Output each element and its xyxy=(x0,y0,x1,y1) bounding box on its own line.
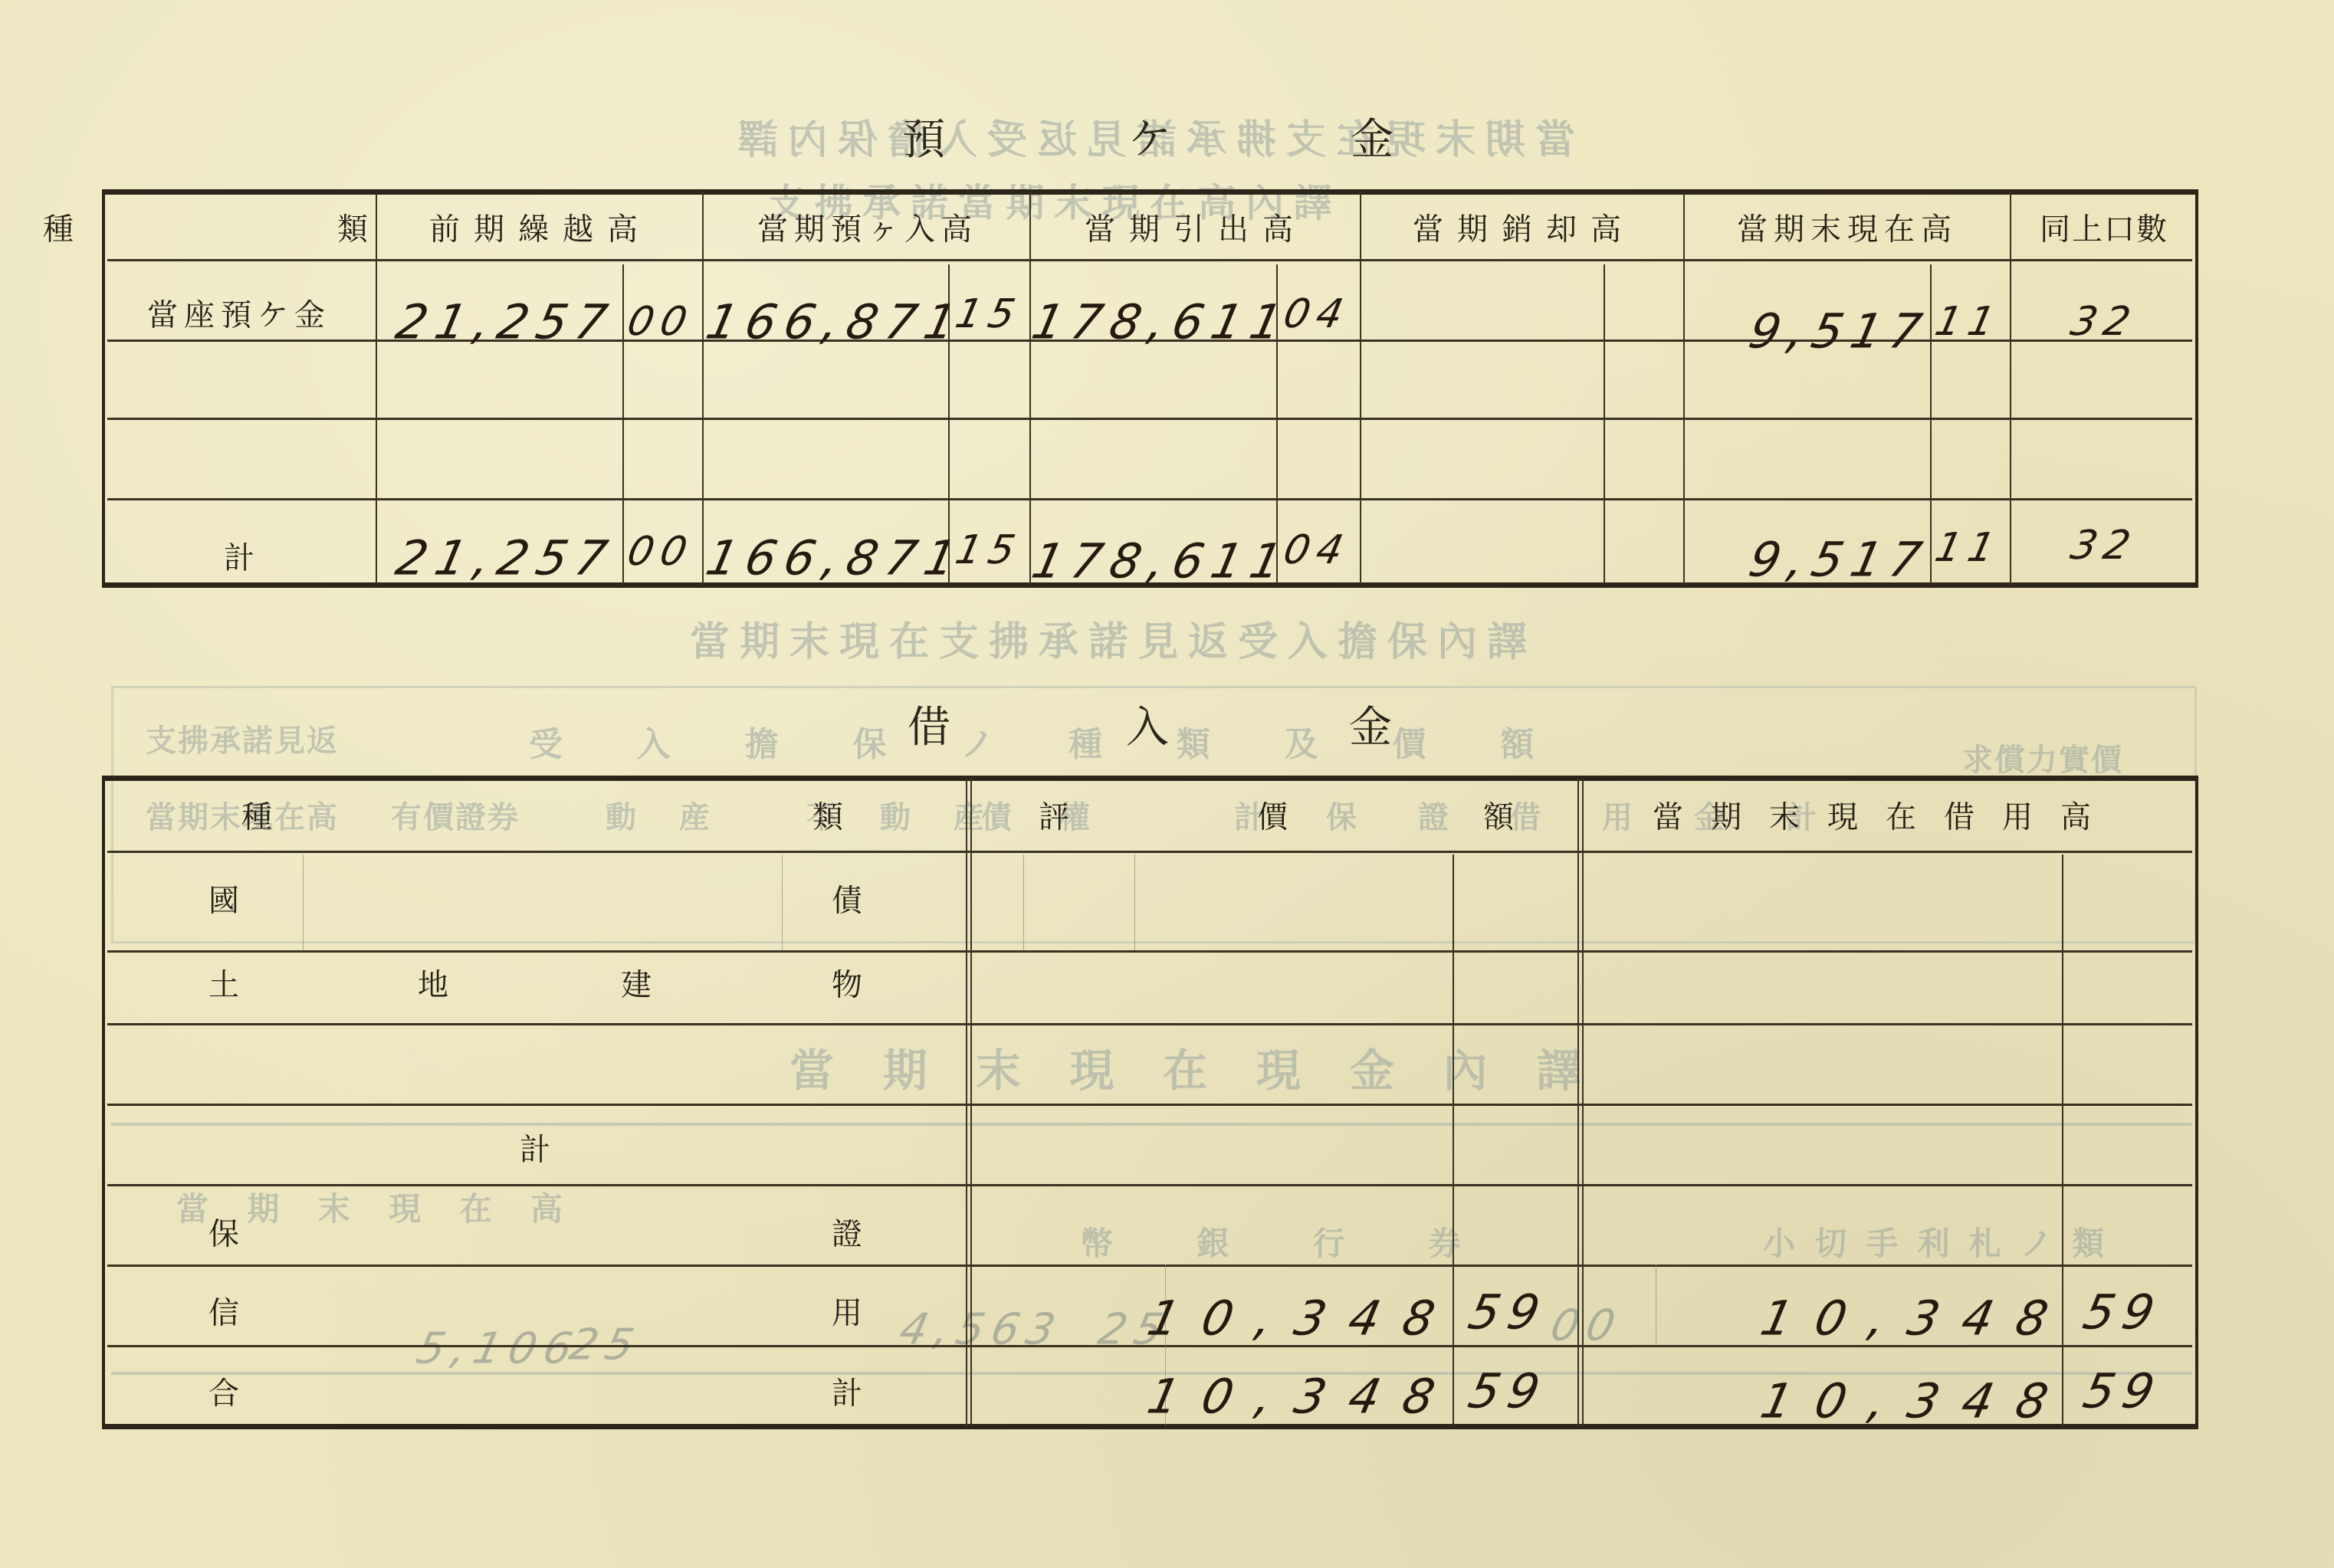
grand-total-balance: 10,348 xyxy=(1756,1373,2076,1429)
total-balance: 9,517 xyxy=(1745,532,1935,588)
row-label-char: 計 xyxy=(832,1370,862,1413)
total-carried-forward-sen: 00 xyxy=(623,529,698,575)
col-divider xyxy=(2010,192,2011,586)
bleed-through-label: 當期末現在高 xyxy=(176,1184,601,1230)
table-border-top xyxy=(102,189,2198,195)
total-withdrawn: 178,611 xyxy=(1027,533,1295,589)
subtotal-label: 計 xyxy=(520,1126,550,1169)
col-divider xyxy=(1029,192,1031,586)
table-border-top xyxy=(102,776,2198,781)
guide-line xyxy=(782,855,783,950)
borrowings-title-char: 金 xyxy=(1349,694,1392,755)
withdrawn-amount: 178,611 xyxy=(1027,294,1295,350)
bleed-through-label: 支拂承諾見返 xyxy=(146,717,339,760)
bleed-through-heading-mid: 當期末現在現金內譯 xyxy=(789,1035,1630,1099)
balance-amount: 9,517 xyxy=(1745,303,1935,359)
total-withdrawn-sen: 04 xyxy=(1279,527,1354,573)
col-divider xyxy=(1577,778,1579,1427)
header-accounts: 同上口數 xyxy=(2040,205,2168,249)
col-divider xyxy=(970,778,972,1427)
row-label-char: 土 xyxy=(208,961,239,1005)
bleed-through-label: 幣銀行券 xyxy=(1081,1219,1545,1265)
row-divider xyxy=(107,1104,2192,1106)
total-accounts: 32 xyxy=(2066,523,2142,569)
row-label-char: 用 xyxy=(832,1289,862,1333)
row-divider xyxy=(107,1184,2192,1186)
header-type-char: 類 xyxy=(812,793,843,837)
account-count: 32 xyxy=(2066,299,2142,345)
guide-line xyxy=(303,855,304,950)
header-valuation-char: 價 xyxy=(1257,793,1288,837)
row-divider xyxy=(107,950,2192,953)
header-carried-forward: 前期繰越高 xyxy=(429,205,652,249)
row-label-char: 合 xyxy=(208,1370,239,1413)
col-divider xyxy=(376,192,377,586)
deposits-title-char: ケ xyxy=(1128,106,1171,167)
row-divider xyxy=(107,498,2192,500)
guide-line xyxy=(1023,855,1024,950)
col-divider xyxy=(1683,192,1685,586)
row-label-char: 物 xyxy=(832,961,862,1005)
grand-total-valuation-sen: 59 xyxy=(1464,1363,1554,1419)
credit-valuation-sen: 59 xyxy=(1464,1284,1554,1340)
total-label: 計 xyxy=(224,534,254,578)
total-deposited: 166,871 xyxy=(701,530,970,586)
bleed-through-number: 5,106 xyxy=(412,1324,585,1374)
row-label-char: 地 xyxy=(418,961,448,1005)
borrowings-title-char: 借 xyxy=(908,694,950,755)
bleed-through-rule xyxy=(111,1123,2192,1126)
header-withdrawn: 當期引出高 xyxy=(1085,205,1307,249)
credit-balance-sen: 59 xyxy=(2079,1284,2168,1340)
bleed-through-label: 受入擔保ノ種類及價額 xyxy=(529,717,1608,766)
table-border-right xyxy=(2195,192,2198,586)
row-label-char: 建 xyxy=(621,961,652,1005)
header-deposited: 當期預ヶ入高 xyxy=(757,205,978,249)
col-divider xyxy=(966,778,967,1427)
row-divider xyxy=(107,259,2192,261)
header-balance: 當期末現在借用高 xyxy=(1653,793,2119,837)
table-border-left xyxy=(102,192,105,586)
sen-divider xyxy=(1604,264,1605,586)
col-divider xyxy=(1360,192,1361,586)
sen-divider xyxy=(622,264,624,586)
total-deposited-sen: 15 xyxy=(951,527,1026,573)
row-label-char: 證 xyxy=(832,1210,862,1254)
deposits-title-char: 金 xyxy=(1351,106,1394,167)
credit-valuation: 10,348 xyxy=(1143,1291,1463,1347)
carried-forward-sen: 00 xyxy=(623,299,698,345)
guide-line xyxy=(1134,855,1135,950)
sen-divider xyxy=(1453,855,1454,1427)
guide-line xyxy=(1656,1265,1656,1345)
row-divider xyxy=(107,851,2192,853)
carried-forward-amount: 21,257 xyxy=(391,294,620,350)
bleed-through-number: 00 xyxy=(1546,1301,1627,1351)
row-divider xyxy=(107,1265,2192,1267)
row-divider xyxy=(107,418,2192,420)
bleed-through-label: 有價證券 xyxy=(391,793,520,837)
header-balance: 當期末現在高 xyxy=(1737,205,1958,249)
bleed-through-label: 求償力實價 xyxy=(1962,736,2123,779)
row-divider xyxy=(107,1023,2192,1025)
header-type: 種 類 xyxy=(43,205,435,249)
row-label-current-deposit: 當座預ケ金 xyxy=(147,291,331,335)
table-border-left xyxy=(102,778,105,1427)
borrowings-title-char: 入 xyxy=(1126,694,1169,755)
row-label-char: 信 xyxy=(208,1289,239,1333)
bleed-through-label: 小切手利札ノ類 xyxy=(1763,1219,2123,1265)
col-divider xyxy=(702,192,704,586)
row-label-char: 保 xyxy=(208,1210,239,1254)
grand-total-valuation: 10,348 xyxy=(1143,1369,1463,1425)
withdrawn-sen: 04 xyxy=(1279,291,1354,337)
credit-balance: 10,348 xyxy=(1756,1291,2076,1347)
header-valuation-char: 評 xyxy=(1039,793,1069,837)
col-divider xyxy=(1582,778,1584,1427)
header-written-off: 當期銷却高 xyxy=(1413,205,1635,249)
header-valuation-char: 額 xyxy=(1483,793,1514,837)
deposited-sen: 15 xyxy=(951,291,1026,337)
bleed-through-heading-top: 當期末現在支拂承諾見返受入擔保內譯 xyxy=(690,609,1537,667)
row-label-char: 國 xyxy=(208,877,239,920)
deposited-amount: 166,871 xyxy=(701,294,970,350)
balance-sen: 11 xyxy=(1931,299,2006,345)
row-label-char: 債 xyxy=(832,877,862,920)
header-type-char: 種 xyxy=(241,793,272,837)
grand-total-balance-sen: 59 xyxy=(2079,1363,2168,1419)
deposits-title-char: 預 xyxy=(902,106,945,167)
total-carried-forward: 21,257 xyxy=(391,530,620,586)
total-balance-sen: 11 xyxy=(1931,525,2006,571)
table-border-right xyxy=(2195,778,2198,1427)
